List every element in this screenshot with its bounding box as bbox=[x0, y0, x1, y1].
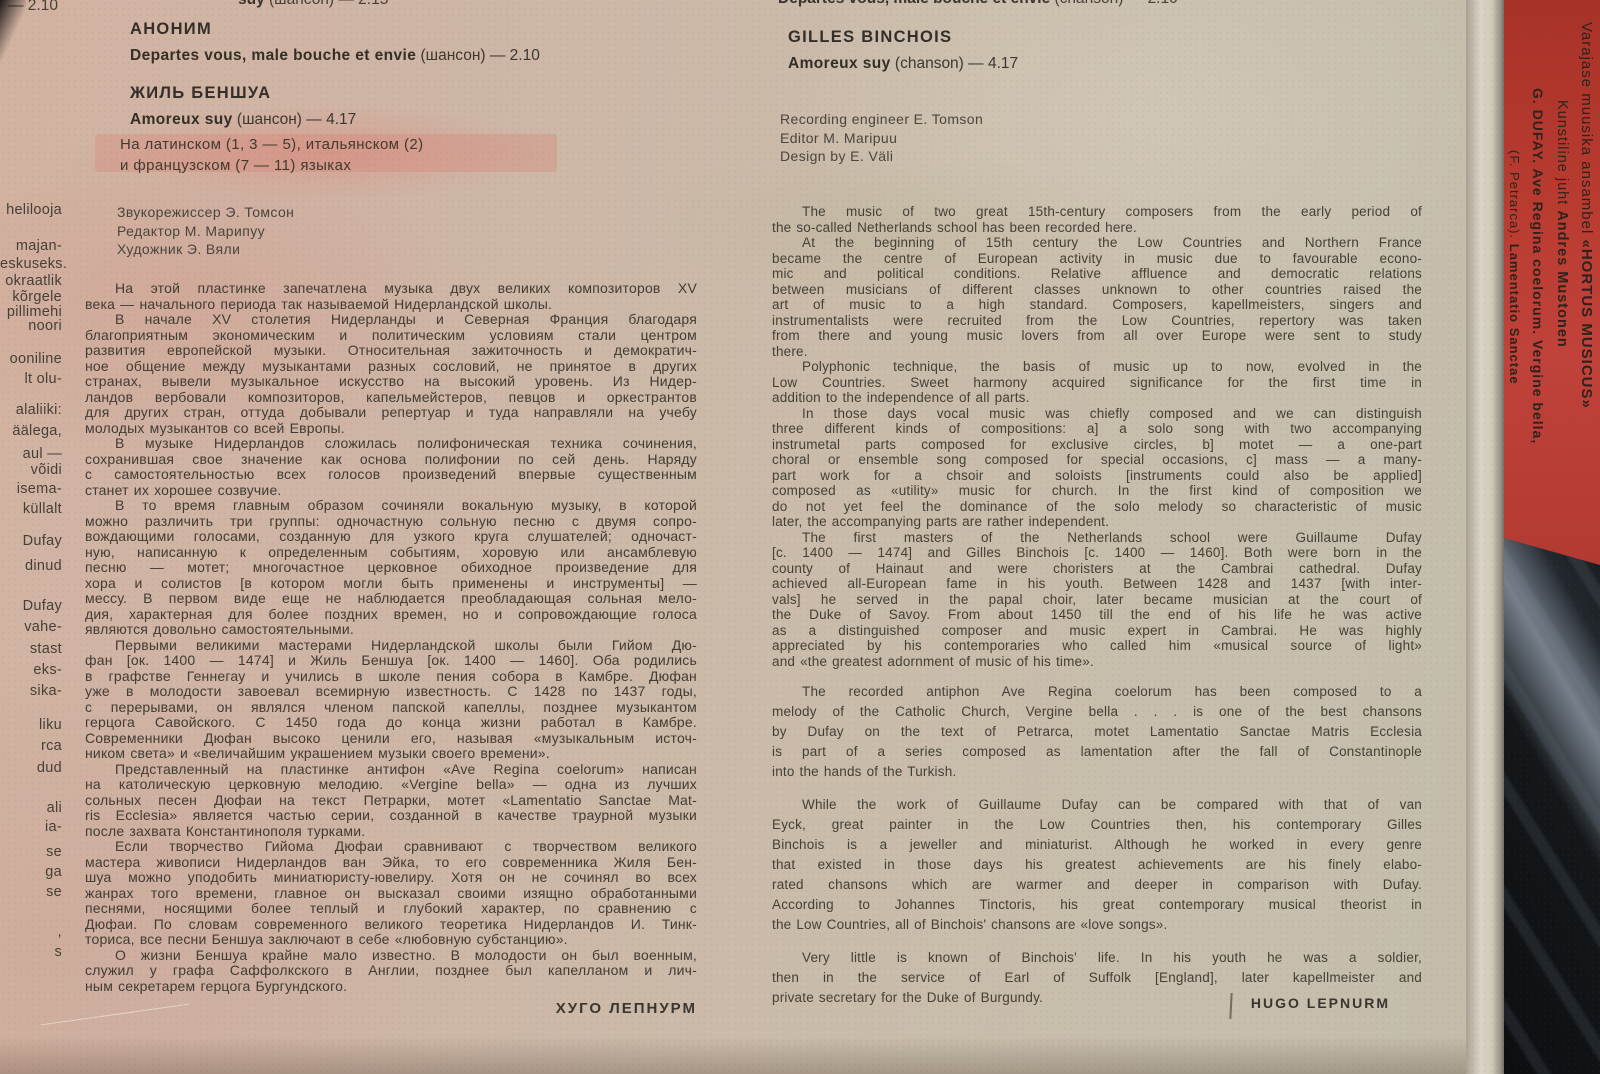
text-line: ную, написанную к определенным событиям,… bbox=[85, 545, 697, 561]
estonian-text-fragment: stast bbox=[0, 641, 62, 657]
text-line: and «the greatest adornment of music of … bbox=[772, 654, 1422, 670]
text-line: do not yet feel the dominance of the sol… bbox=[772, 499, 1422, 515]
paragraph: Представленный на пластинке антифон «Ave… bbox=[85, 762, 697, 840]
text-line: At the beginning of 15th century the Low… bbox=[772, 235, 1422, 251]
spine-text-bold: G. DUFAY. Ave Regina coelorum. Vergine b… bbox=[1530, 88, 1546, 444]
text-line: благоприятным экономическим и политическ… bbox=[85, 328, 697, 344]
estonian-text-fragment: ga bbox=[0, 864, 62, 880]
estonian-text-fragment: eks- bbox=[0, 662, 62, 678]
text-line: rated chansons which are warmer and deep… bbox=[772, 875, 1422, 895]
russian-track-1-title: Departes vous, male bouche et envie bbox=[130, 47, 416, 64]
text-line: The recorded antiphon Ave Regina coeloru… bbox=[772, 682, 1422, 702]
text-line: [c. 1400 — 1474] and Gilles Binchois [c.… bbox=[772, 545, 1422, 561]
spine-text-bold: «HORTUS MUSICUS» bbox=[1578, 239, 1595, 408]
paragraph: Если творчество Гийома Дюфаи сравнивают … bbox=[85, 839, 697, 948]
sleeve-edge bbox=[1466, 0, 1504, 1074]
estonian-text-fragment: küllalt bbox=[0, 501, 62, 517]
text-line: from there and young music lovers from a… bbox=[772, 328, 1422, 344]
text-line: ным секретарем герцога Бургундского. bbox=[85, 979, 697, 995]
paragraph: In those days vocal music was chiefly co… bbox=[772, 406, 1422, 530]
estonian-text-fragment: sika- bbox=[0, 683, 62, 699]
russian-author-signature: ХУГО ЛЕПНУРМ bbox=[85, 1000, 697, 1017]
credit-line: Художник Э. Вяли bbox=[117, 240, 294, 259]
text-line: The first masters of the Netherlands sch… bbox=[772, 530, 1422, 546]
paragraph: The first masters of the Netherlands sch… bbox=[772, 530, 1422, 670]
text-line: into the hands of the Turkish. bbox=[772, 762, 1422, 782]
text-line: В музыке Нидерландов сложилась полифонич… bbox=[85, 436, 697, 452]
estonian-text-fragment: alaliiki: bbox=[0, 402, 62, 418]
paragraph: В музыке Нидерландов сложилась полифонич… bbox=[85, 436, 697, 498]
spine-text-regular: (F. Petrarca). bbox=[1507, 150, 1522, 244]
estonian-text-fragment: se bbox=[0, 844, 62, 860]
estonian-text-fragment: liku bbox=[0, 717, 62, 733]
estonian-text-fragment: lt olu- bbox=[0, 371, 62, 387]
text-line: Первыми великими мастерами Нидерландской… bbox=[85, 638, 697, 654]
text-line: дия, характерная для более поздних време… bbox=[85, 607, 697, 623]
paragraph: While the work of Guillaume Dufay can be… bbox=[772, 795, 1422, 935]
text-line: mic and political conditions. Relative a… bbox=[772, 266, 1422, 282]
russian-track-2-detail: (шансон) — 4.17 bbox=[233, 111, 357, 128]
text-line: ториса, все песни Беншуа заключают в себ… bbox=[85, 932, 697, 948]
text-line: сольных песен Дюфаи на текст Петрарки, м… bbox=[85, 793, 697, 809]
text-line: ное общение между музыкантами разных сос… bbox=[85, 359, 697, 375]
text-line: as a distinguished composer and music ex… bbox=[772, 623, 1422, 639]
text-line: жанрах того времени, главное он высказал… bbox=[85, 886, 697, 902]
text-line: Binchois is a jeweller and miniaturist. … bbox=[772, 835, 1422, 855]
text-line: после захвата Константинополя турками. bbox=[85, 824, 697, 840]
spine-stripe: Varajase muusika ansambel «HORTUS MUSICU… bbox=[1504, 0, 1600, 1074]
text-line: О жизни Беншуа крайне мало известно. В м… bbox=[85, 948, 697, 964]
english-liner-notes: The music of two great 15th-century comp… bbox=[772, 204, 1422, 1008]
estonian-text-fragment: helilooja bbox=[0, 202, 62, 218]
english-track-detail: (chanson) — 4.17 bbox=[891, 55, 1019, 72]
text-line: composed as «utility» music for church. … bbox=[772, 483, 1422, 499]
russian-artist-binchois: ЖИЛЬ БЕНШУА bbox=[130, 84, 271, 103]
text-line: молодых музыкантов со всей Европы. bbox=[85, 421, 697, 437]
estonian-text-fragment: vahe- bbox=[0, 619, 62, 635]
estonian-text-fragment: majan- bbox=[0, 238, 62, 254]
text-line: vals] he served in the papal choir, late… bbox=[772, 592, 1422, 608]
credit-line: Design by E. Väli bbox=[780, 147, 983, 166]
text-line: According to Johannes Tinctoris, his gre… bbox=[772, 895, 1422, 915]
credit-line: Editor M. Maripuu bbox=[780, 129, 983, 148]
english-track: Amoreux suy (chanson) — 4.17 bbox=[788, 55, 1018, 73]
languages-line: На латинском (1, 3 — 5), итальянском (2) bbox=[120, 134, 424, 155]
english-top-cut-line: Departes vous, male bouche et envie (cha… bbox=[778, 0, 1178, 8]
text-line: фан [ок. 1400 — 1474] и Жиль Беншуа [ок.… bbox=[85, 653, 697, 669]
russian-track-1-detail: (шансон) — 2.10 bbox=[416, 47, 540, 64]
text-line: века — начального периода так называемой… bbox=[85, 297, 697, 313]
text-line: melody of the Catholic Church, Vergine b… bbox=[772, 702, 1422, 722]
spine-text-line: Varajase muusika ansambel «HORTUS MUSICU… bbox=[1574, 0, 1598, 548]
text-line: the so-called Netherlands school has bee… bbox=[772, 220, 1422, 236]
text-line: ником света» и «величайшим украшением му… bbox=[85, 746, 697, 762]
text-line: с самостоятельностью всех голосов произв… bbox=[85, 467, 697, 483]
text-line: the Duke of Savoy. From about 1450 till … bbox=[772, 607, 1422, 623]
estonian-text-fragment: se bbox=[0, 884, 62, 900]
text-line: county of Hainaut and were choristers at… bbox=[772, 561, 1422, 577]
paragraph: На этой пластинке запечатлена музыка дву… bbox=[85, 281, 697, 312]
text-line: the Low Countries, all of Binchois' chan… bbox=[772, 915, 1422, 935]
text-line: являются довольно самостоятельными. bbox=[85, 622, 697, 638]
spine-text-regular: Kunstiline juht bbox=[1554, 100, 1570, 210]
credit-line: Редактор М. Марипуу bbox=[117, 222, 294, 241]
estonian-text-fragment: Dufay bbox=[0, 533, 62, 549]
estonian-text-fragment: aul — bbox=[0, 446, 62, 462]
paragraph: В то время главным образом сочиняли вока… bbox=[85, 498, 697, 638]
text-line: Low Countries. Sweet harmony acquired si… bbox=[772, 375, 1422, 391]
estonian-text-fragment: kõrgele bbox=[0, 289, 62, 305]
text-line: мессу. В первом виде еще не наблюдается … bbox=[85, 591, 697, 607]
text-line: Very little is known of Binchois' life. … bbox=[772, 948, 1422, 968]
text-line: appreciated by his contemporaries who ca… bbox=[772, 638, 1422, 654]
estonian-text-fragment: s bbox=[0, 944, 62, 960]
languages-note: На латинском (1, 3 — 5), итальянском (2)… bbox=[120, 134, 424, 176]
paragraph: Polyphonic technique, the basis of music… bbox=[772, 359, 1422, 406]
text-line: можно различить три группы: одночастную … bbox=[85, 514, 697, 530]
languages-line: и французском (7 — 11) языках bbox=[120, 155, 424, 176]
russian-track-1: Departes vous, male bouche et envie (шан… bbox=[130, 47, 540, 65]
credit-line: Recording engineer E. Tomson bbox=[780, 110, 983, 129]
spine-text-line: G. DUFAY. Ave Regina coelorum. Vergine b… bbox=[1526, 0, 1550, 548]
text-line: странах, вывели музыкальное искусство на… bbox=[85, 374, 697, 390]
text-line: Eyck, great painter in the Low Countries… bbox=[772, 815, 1422, 835]
spine-text-line: (F. Petrarca). Lamentatio Sanctae bbox=[1504, 0, 1526, 548]
text-line: уже в молодости завоевал всемирную извес… bbox=[85, 684, 697, 700]
estonian-text-fragment: dinud bbox=[0, 558, 62, 574]
text-line: герцога Савойского. С 1450 года до конца… bbox=[85, 715, 697, 731]
russian-top-cut-line: suy (шансон) — 2.15 bbox=[238, 0, 388, 9]
estonian-text-fragment: võidi bbox=[0, 462, 62, 478]
spine-text-bold: Andres Mustonen bbox=[1554, 210, 1570, 347]
text-line: ris Ecclesia» является частью серии, соз… bbox=[85, 808, 697, 824]
text-line: Современники Дюфан высоко ценили его, на… bbox=[85, 731, 697, 747]
text-line: While the work of Guillaume Dufay can be… bbox=[772, 795, 1422, 815]
paragraph: О жизни Беншуа крайне мало известно. В м… bbox=[85, 948, 697, 995]
english-artist-binchois: GILLES BINCHOIS bbox=[788, 28, 952, 47]
text-line: В то время главным образом сочиняли вока… bbox=[85, 498, 697, 514]
text-line: Polyphonic technique, the basis of music… bbox=[772, 359, 1422, 375]
text-line: then in the service of Earl of Suffolk [… bbox=[772, 968, 1422, 988]
estonian-text-fragment: rca bbox=[0, 738, 62, 754]
text-line: для других стран, оттуда добывали реперт… bbox=[85, 405, 697, 421]
text-line: ландов вербовали композиторов, капельмей… bbox=[85, 390, 697, 406]
record-sleeve-back-photo: — 2.10 suy (шансон) — 2.15 Departes vous… bbox=[0, 0, 1600, 1074]
text-line: В начале XV столетия Нидерланды и Северн… bbox=[85, 312, 697, 328]
estonian-text-fragment: noori bbox=[0, 318, 62, 334]
text-line: addition to the independence of all part… bbox=[772, 390, 1422, 406]
paragraph: Первыми великими мастерами Нидерландской… bbox=[85, 638, 697, 762]
estonian-text-fragment: isema- bbox=[0, 481, 62, 497]
text-line: part work for a chsoir and soloists [ins… bbox=[772, 468, 1422, 484]
text-line: by Dufay on the text of Petrarca, motet … bbox=[772, 722, 1422, 742]
estonian-text-fragment: okraatlik bbox=[0, 273, 62, 289]
text-line: На этой пластинке запечатлена музыка дву… bbox=[85, 281, 697, 297]
text-line: Представленный на пластинке антифон «Ave… bbox=[85, 762, 697, 778]
credit-line: Звукорежиссер Э. Томсон bbox=[117, 203, 294, 222]
paragraph: At the beginning of 15th century the Low… bbox=[772, 235, 1422, 359]
spine-text-line: Kunstiline juht Andres Mustonen bbox=[1550, 0, 1574, 548]
text-line: развития европейской музыки. Относительн… bbox=[85, 343, 697, 359]
text-line: станет их хорошее созвучие. bbox=[85, 483, 697, 499]
estonian-text-fragment: äälega, bbox=[0, 423, 62, 439]
spine-text-regular: Varajase muusika ansambel bbox=[1578, 22, 1595, 239]
text-line: вождающими голосами, созданную для узког… bbox=[85, 529, 697, 545]
russian-track-2: Amoreux suy (шансон) — 4.17 bbox=[130, 111, 356, 129]
paragraph: The music of two great 15th-century comp… bbox=[772, 204, 1422, 235]
russian-artist-anonymous: АНОНИМ bbox=[130, 20, 212, 39]
estonian-text-fragment: ali bbox=[0, 800, 62, 816]
text-line: песню — мотет; многочастное церковное об… bbox=[85, 560, 697, 576]
text-line: art of music to a high standard. Compose… bbox=[772, 297, 1422, 313]
russian-liner-notes: На этой пластинке запечатлена музыка дву… bbox=[85, 281, 697, 994]
estonian-text-fragment: eskuseks. bbox=[0, 256, 62, 272]
estonian-text-fragment: ooniline bbox=[0, 351, 62, 367]
english-top-cut-detail: (chanson) — 2.10 bbox=[1050, 0, 1178, 7]
text-line: The music of two great 15th-century comp… bbox=[772, 204, 1422, 220]
text-line: choral or ensemble song composed for spe… bbox=[772, 452, 1422, 468]
english-track-title: Amoreux suy bbox=[788, 55, 891, 72]
english-credits: Recording engineer E. TomsonEditor M. Ma… bbox=[780, 110, 983, 166]
russian-top-cut-detail: (шансон) — 2.15 bbox=[265, 0, 389, 8]
text-line: is part of a series composed as lamentat… bbox=[772, 742, 1422, 762]
paragraph: В начале XV столетия Нидерланды и Северн… bbox=[85, 312, 697, 436]
text-line: шуа можно уподобить миниатюристу-ювелиру… bbox=[85, 870, 697, 886]
text-line: на католическую церковную мелодию. «Verg… bbox=[85, 777, 697, 793]
text-line: Дюфаи. По словам современного великого т… bbox=[85, 917, 697, 933]
estonian-text-fragment: dud bbox=[0, 760, 62, 776]
paragraph: The recorded antiphon Ave Regina coeloru… bbox=[772, 682, 1422, 782]
text-line: песнями, носящими более теплый и глубоки… bbox=[85, 901, 697, 917]
text-line: мастера живописи Нидерландов ван Эйка, т… bbox=[85, 855, 697, 871]
text-line: Если творчество Гийома Дюфаи сравнивают … bbox=[85, 839, 697, 855]
estonian-text-fragment: , bbox=[0, 924, 62, 940]
text-line: с перерывами, он являлся членом папской … bbox=[85, 700, 697, 716]
text-line: In those days vocal music was chiefly co… bbox=[772, 406, 1422, 422]
text-line: three different kinds of compositions: a… bbox=[772, 421, 1422, 437]
text-line: achieved all-European fame in his youth.… bbox=[772, 576, 1422, 592]
text-line: instrumetal parts composed for exclusive… bbox=[772, 437, 1422, 453]
english-top-cut-title: Departes vous, male bouche et envie bbox=[778, 0, 1050, 7]
text-line: служил у графа Саффолкского в Англии, по… bbox=[85, 963, 697, 979]
text-line: later, the accompanying parts are rather… bbox=[772, 514, 1422, 530]
russian-track-2-title: Amoreux suy bbox=[130, 111, 233, 128]
spine-text-bold: Lamentatio Sanctae bbox=[1507, 244, 1522, 385]
text-line: there. bbox=[772, 344, 1422, 360]
corner-shadow bbox=[0, 0, 26, 64]
text-line: between musicians of different classes u… bbox=[772, 282, 1422, 298]
spine-vertical-text: Varajase muusika ansambel «HORTUS MUSICU… bbox=[1504, 0, 1598, 548]
estonian-text-fragment: ia- bbox=[0, 819, 62, 835]
russian-top-cut-title: suy bbox=[238, 0, 265, 8]
estonian-text-fragment: Dufay bbox=[0, 598, 62, 614]
russian-credits: Звукорежиссер Э. ТомсонРедактор М. Марип… bbox=[117, 203, 294, 259]
english-author-signature: HUGO LEPNURM bbox=[772, 995, 1390, 1011]
text-line: хора и солистов [в котором могли быть пр… bbox=[85, 576, 697, 592]
text-line: became the centre of European activity i… bbox=[772, 251, 1422, 267]
text-line: сохранившая свое значение как основа пол… bbox=[85, 452, 697, 468]
text-line: that existed in those days his greatest … bbox=[772, 855, 1422, 875]
text-line: instrumentalists were recruited from the… bbox=[772, 313, 1422, 329]
text-line: в графстве Геннегау и учились в школе пе… bbox=[85, 669, 697, 685]
